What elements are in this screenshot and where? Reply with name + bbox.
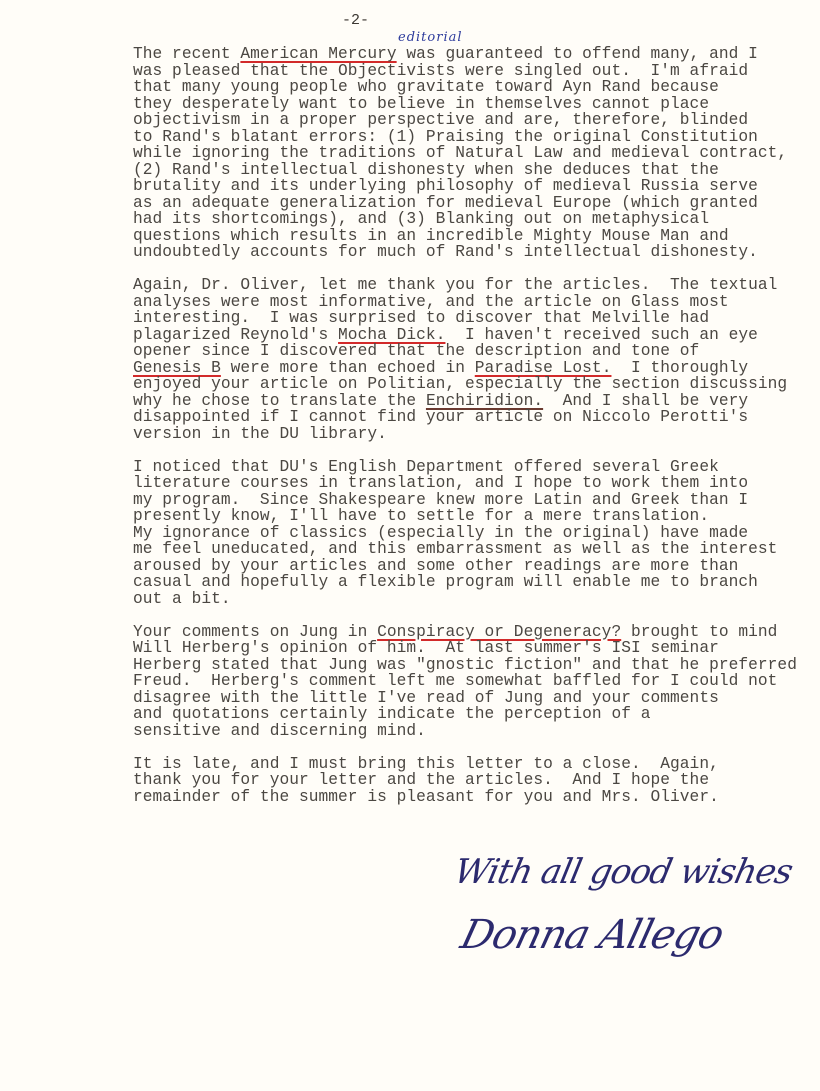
text-line: that many young people who gravitate tow… xyxy=(133,79,797,96)
text-segment: thank you for your letter and the articl… xyxy=(133,771,709,789)
text-segment: that many young people who gravitate tow… xyxy=(133,78,719,96)
text-segment: literature courses in translation, and I… xyxy=(133,474,748,492)
text-line: thank you for your letter and the articl… xyxy=(133,772,797,789)
text-segment: out a bit. xyxy=(133,590,231,608)
text-line: disagree with the little I've read of Ju… xyxy=(133,690,797,707)
text-segment: Will Herberg's opinion of him. At last s… xyxy=(133,639,719,657)
text-segment: to Rand's blatant errors: (1) Praising t… xyxy=(133,128,758,146)
text-segment: was guaranteed to offend many, and I xyxy=(397,45,758,63)
text-segment: objectivism in a proper perspective and … xyxy=(133,111,748,129)
letter-body: The recent American Mercury was guarante… xyxy=(133,46,797,822)
text-segment: brutality and its underlying philosophy … xyxy=(133,177,758,195)
text-segment: I haven't received such an eye xyxy=(445,326,757,344)
text-line: opener since I discovered that the descr… xyxy=(133,343,797,360)
text-line: Again, Dr. Oliver, let me thank you for … xyxy=(133,277,797,294)
text-line: why he chose to translate the Enchiridio… xyxy=(133,393,797,410)
text-segment: had its shortcomings), and (3) Blanking … xyxy=(133,210,709,228)
underlined-title: Enchiridion. xyxy=(426,392,543,410)
text-line: casual and hopefully a flexible program … xyxy=(133,574,797,591)
text-segment: disagree with the little I've read of Ju… xyxy=(133,689,719,707)
text-segment: My ignorance of classics (especially in … xyxy=(133,524,748,542)
text-segment: version in the DU library. xyxy=(133,425,387,443)
text-segment: casual and hopefully a flexible program … xyxy=(133,573,758,591)
text-segment: brought to mind xyxy=(621,623,777,641)
text-segment: It is late, and I must bring this letter… xyxy=(133,755,719,773)
page-number: -2- xyxy=(342,12,369,29)
text-line: Will Herberg's opinion of him. At last s… xyxy=(133,640,797,657)
underlined-title: Conspiracy or Degeneracy? xyxy=(377,623,621,641)
text-line: questions which results in an incredible… xyxy=(133,228,797,245)
text-segment: plagarized Reynold's xyxy=(133,326,338,344)
underlined-title: Paradise Lost. xyxy=(475,359,612,377)
text-segment: me feel uneducated, and this embarrassme… xyxy=(133,540,777,558)
text-line: and quotations certainly indicate the pe… xyxy=(133,706,797,723)
text-segment: disappointed if I cannot find your artic… xyxy=(133,408,748,426)
text-segment: undoubtedly accounts for much of Rand's … xyxy=(133,243,758,261)
text-segment: aroused by your articles and some other … xyxy=(133,557,738,575)
underlined-title: Genesis B xyxy=(133,359,221,377)
handwritten-annotation: editorial xyxy=(398,30,463,45)
paragraph: Again, Dr. Oliver, let me thank you for … xyxy=(133,277,797,442)
text-segment: Freud. Herberg's comment left me somewha… xyxy=(133,672,777,690)
text-segment: Your comments on Jung in xyxy=(133,623,377,641)
text-line: Genesis B were more than echoed in Parad… xyxy=(133,360,797,377)
text-line: Herberg stated that Jung was "gnostic fi… xyxy=(133,657,797,674)
text-segment: my program. Since Shakespeare knew more … xyxy=(133,491,748,509)
text-segment: was pleased that the Objectivists were s… xyxy=(133,62,748,80)
text-line: undoubtedly accounts for much of Rand's … xyxy=(133,244,797,261)
text-segment: And I shall be very xyxy=(543,392,748,410)
text-segment: enjoyed your article on Politian, especi… xyxy=(133,375,787,393)
text-line: me feel uneducated, and this embarrassme… xyxy=(133,541,797,558)
text-line: presently know, I'll have to settle for … xyxy=(133,508,797,525)
text-line: plagarized Reynold's Mocha Dick. I haven… xyxy=(133,327,797,344)
text-segment: as an adequate generalization for mediev… xyxy=(133,194,758,212)
text-line: was pleased that the Objectivists were s… xyxy=(133,63,797,80)
text-segment: I noticed that DU's English Department o… xyxy=(133,458,719,476)
text-line: version in the DU library. xyxy=(133,426,797,443)
text-segment: remainder of the summer is pleasant for … xyxy=(133,788,719,806)
underlined-title: Mocha Dick. xyxy=(338,326,445,344)
text-segment: Again, Dr. Oliver, let me thank you for … xyxy=(133,276,777,294)
text-line: while ignoring the traditions of Natural… xyxy=(133,145,797,162)
text-line: My ignorance of classics (especially in … xyxy=(133,525,797,542)
text-line: enjoyed your article on Politian, especi… xyxy=(133,376,797,393)
text-line: had its shortcomings), and (3) Blanking … xyxy=(133,211,797,228)
handwritten-signature: Donna Allego xyxy=(456,912,728,958)
text-segment: opener since I discovered that the descr… xyxy=(133,342,699,360)
text-segment: Herberg stated that Jung was "gnostic fi… xyxy=(133,656,797,674)
paragraph: I noticed that DU's English Department o… xyxy=(133,459,797,608)
text-segment: analyses were most informative, and the … xyxy=(133,293,729,311)
text-line: they desperately want to believe in them… xyxy=(133,96,797,113)
text-line: remainder of the summer is pleasant for … xyxy=(133,789,797,806)
text-line: sensitive and discerning mind. xyxy=(133,723,797,740)
text-line: Freud. Herberg's comment left me somewha… xyxy=(133,673,797,690)
text-line: to Rand's blatant errors: (1) Praising t… xyxy=(133,129,797,146)
text-line: analyses were most informative, and the … xyxy=(133,294,797,311)
text-line: disappointed if I cannot find your artic… xyxy=(133,409,797,426)
text-line: objectivism in a proper perspective and … xyxy=(133,112,797,129)
text-line: aroused by your articles and some other … xyxy=(133,558,797,575)
text-segment: questions which results in an incredible… xyxy=(133,227,729,245)
paragraph: Your comments on Jung in Conspiracy or D… xyxy=(133,624,797,740)
text-segment: why he chose to translate the xyxy=(133,392,426,410)
text-line: as an adequate generalization for mediev… xyxy=(133,195,797,212)
text-line: It is late, and I must bring this letter… xyxy=(133,756,797,773)
text-line: The recent American Mercury was guarante… xyxy=(133,46,797,63)
paragraph: The recent American Mercury was guarante… xyxy=(133,46,797,261)
text-segment: presently know, I'll have to settle for … xyxy=(133,507,709,525)
handwritten-closing: With all good wishes xyxy=(451,852,796,892)
text-segment: sensitive and discerning mind. xyxy=(133,722,426,740)
text-segment: (2) Rand's intellectual dishonesty when … xyxy=(133,161,719,179)
text-segment: and quotations certainly indicate the pe… xyxy=(133,705,651,723)
text-line: (2) Rand's intellectual dishonesty when … xyxy=(133,162,797,179)
text-line: literature courses in translation, and I… xyxy=(133,475,797,492)
underlined-title: American Mercury xyxy=(240,45,396,63)
text-segment: were more than echoed in xyxy=(221,359,475,377)
text-line: I noticed that DU's English Department o… xyxy=(133,459,797,476)
text-line: Your comments on Jung in Conspiracy or D… xyxy=(133,624,797,641)
text-line: my program. Since Shakespeare knew more … xyxy=(133,492,797,509)
paragraph: It is late, and I must bring this letter… xyxy=(133,756,797,806)
text-segment: while ignoring the traditions of Natural… xyxy=(133,144,787,162)
text-segment: I thoroughly xyxy=(611,359,748,377)
text-line: interesting. I was surprised to discover… xyxy=(133,310,797,327)
text-segment: they desperately want to believe in them… xyxy=(133,95,709,113)
text-line: out a bit. xyxy=(133,591,797,608)
text-line: brutality and its underlying philosophy … xyxy=(133,178,797,195)
text-segment: The recent xyxy=(133,45,240,63)
text-segment: interesting. I was surprised to discover… xyxy=(133,309,709,327)
